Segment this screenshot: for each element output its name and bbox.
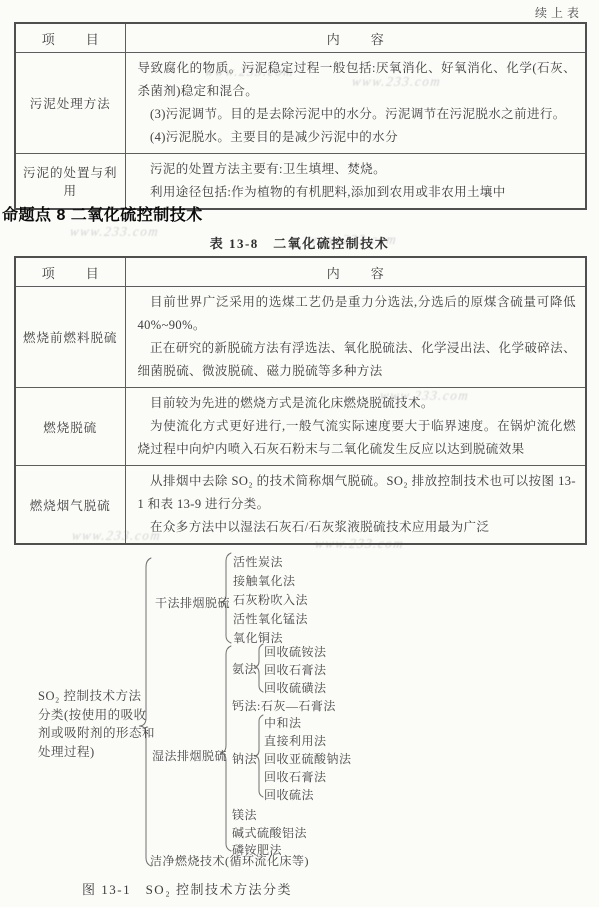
so2-control-table: 项 目 内 容 燃烧前燃料脱硫 目前世界广泛采用的选煤工艺仍是重力分选法,分选后…: [14, 256, 587, 545]
tree-item: 活性氧化锰法: [233, 610, 308, 627]
column-header-item: 项 目: [15, 23, 125, 53]
table-header-row: 项 目 内 容: [15, 23, 586, 53]
tree-root-label: SO₂ 控制技术方法 分类(按使用的吸收 剂或吸附剂的形态和 处理过程): [38, 687, 155, 761]
tree-item: 直接利用法: [264, 732, 327, 749]
tree-item: 碱式硫酸铝法: [232, 824, 307, 841]
tree-branch-dry: 干法排烟脱硫: [155, 594, 230, 611]
content-paragraph: 导致腐化的物质。污泥稳定过程一般包括:厌氧消化、好氧消化、化学(石灰、杀菌剂)稳…: [138, 57, 577, 103]
tree-item: 镁法: [232, 806, 257, 823]
content-cell: 导致腐化的物质。污泥稳定过程一般包括:厌氧消化、好氧消化、化学(石灰、杀菌剂)稳…: [125, 53, 586, 154]
tree-item: 中和法: [264, 714, 302, 731]
content-paragraph: 为使流化方式更好进行,一般气流实际速度要大于临界速度。在锅炉流化燃烧过程中向炉内…: [138, 415, 577, 461]
tree-node-calcium: 钙法:石灰—石膏法: [232, 697, 336, 714]
column-header-item: 项 目: [15, 257, 125, 287]
continuation-note: 续上表: [535, 4, 583, 21]
row-label: 污泥的处置与利用: [15, 154, 125, 210]
row-label: 燃烧烟气脱硫: [15, 466, 125, 545]
table-header-row: 项 目 内 容: [15, 257, 586, 287]
content-paragraph: 在众多方法中以湿法石灰石/石灰浆液脱硫技术应用最为广泛: [138, 516, 577, 539]
tree-root-line: 分类(按使用的吸收: [38, 706, 155, 725]
column-header-content: 内 容: [125, 257, 586, 287]
tree-item: 回收硫铵法: [264, 643, 327, 660]
tree-root-line: SO₂ 控制技术方法: [38, 687, 155, 706]
table-title: 表 13-8 二氧化硫控制技术: [0, 233, 599, 252]
tree-item: 活性炭法: [233, 553, 283, 570]
tree-branch-wet: 湿法排烟脱硫: [152, 747, 227, 764]
tree-node-sodium: 钠法: [232, 750, 257, 767]
row-label: 燃烧前燃料脱硫: [15, 287, 125, 388]
scanned-textbook-page: www.233.com www.233.com www.233.com www.…: [0, 0, 599, 907]
tree-item: 石灰粉吹入法: [233, 591, 308, 608]
tree-item: 回收石膏法: [264, 768, 327, 785]
table-row: 燃烧脱硫 目前较为先进的燃烧方式是流化床燃烧脱硫技术。 为使流化方式更好进行,一…: [15, 388, 586, 466]
content-paragraph: 从排烟中去除 SO₂ 的技术简称烟气脱硫。SO₂ 排放控制技术也可以按图 13-…: [138, 470, 577, 516]
tree-branch-clean-combustion: 洁净燃烧技术(循环流化床等): [150, 852, 309, 869]
table-row: 燃烧前燃料脱硫 目前世界广泛采用的选煤工艺仍是重力分选法,分选后的原煤含硫量可降…: [15, 287, 586, 388]
row-label: 污泥处理方法: [15, 53, 125, 154]
sludge-table: 项 目 内 容 污泥处理方法 导致腐化的物质。污泥稳定过程一般包括:厌氧消化、好…: [14, 22, 587, 210]
tree-root-line: 处理过程): [38, 743, 155, 762]
content-paragraph: 目前较为先进的燃烧方式是流化床燃烧脱硫技术。: [138, 392, 577, 415]
content-cell: 目前世界广泛采用的选煤工艺仍是重力分选法,分选后的原煤含硫量可降低 40%~90…: [125, 287, 586, 388]
tree-item: 接触氧化法: [233, 572, 296, 589]
content-cell: 从排烟中去除 SO₂ 的技术简称烟气脱硫。SO₂ 排放控制技术也可以按图 13-…: [125, 466, 586, 545]
content-paragraph: 污泥的处置方法主要有:卫生填埋、焚烧。: [138, 158, 577, 181]
table-row: 污泥的处置与利用 污泥的处置方法主要有:卫生填埋、焚烧。 利用途径包括:作为植物…: [15, 154, 586, 210]
tree-root-line: 剂或吸附剂的形态和: [38, 724, 155, 743]
content-paragraph: 目前世界广泛采用的选煤工艺仍是重力分选法,分选后的原煤含硫量可降低 40%~90…: [138, 291, 577, 337]
content-paragraph: (3)污泥调节。目的是去除污泥中的水分。污泥调节在污泥脱水之前进行。: [138, 103, 577, 126]
tree-item: 回收石膏法: [264, 661, 327, 678]
table-row: 燃烧烟气脱硫 从排烟中去除 SO₂ 的技术简称烟气脱硫。SO₂ 排放控制技术也可…: [15, 466, 586, 545]
tree-node-ammonia: 氨法: [232, 660, 257, 677]
content-cell: 目前较为先进的燃烧方式是流化床燃烧脱硫技术。 为使流化方式更好进行,一般气流实际…: [125, 388, 586, 466]
section-heading: 命题点 8 二氧化硫控制技术: [2, 202, 203, 225]
content-paragraph: 正在研究的新脱硫方法有浮选法、氧化脱硫法、化学浸出法、化学破碎法、细菌脱硫、微波…: [138, 337, 577, 383]
row-label: 燃烧脱硫: [15, 388, 125, 466]
content-paragraph: (4)污泥脱水。主要目的是减少污泥中的水分: [138, 126, 577, 149]
tree-item: 回收亚硫酸钠法: [264, 750, 352, 767]
tree-item: 回收硫磺法: [264, 679, 327, 696]
table-row: 污泥处理方法 导致腐化的物质。污泥稳定过程一般包括:厌氧消化、好氧消化、化学(石…: [15, 53, 586, 154]
column-header-content: 内 容: [125, 23, 586, 53]
content-cell: 污泥的处置方法主要有:卫生填埋、焚烧。 利用途径包括:作为植物的有机肥料,添加到…: [125, 154, 586, 210]
content-paragraph: 利用途径包括:作为植物的有机肥料,添加到农用或非农用土壤中: [138, 181, 577, 204]
figure-caption: 图 13-1 SO₂ 控制技术方法分类: [82, 879, 292, 898]
tree-item: 回收硫法: [264, 786, 314, 803]
